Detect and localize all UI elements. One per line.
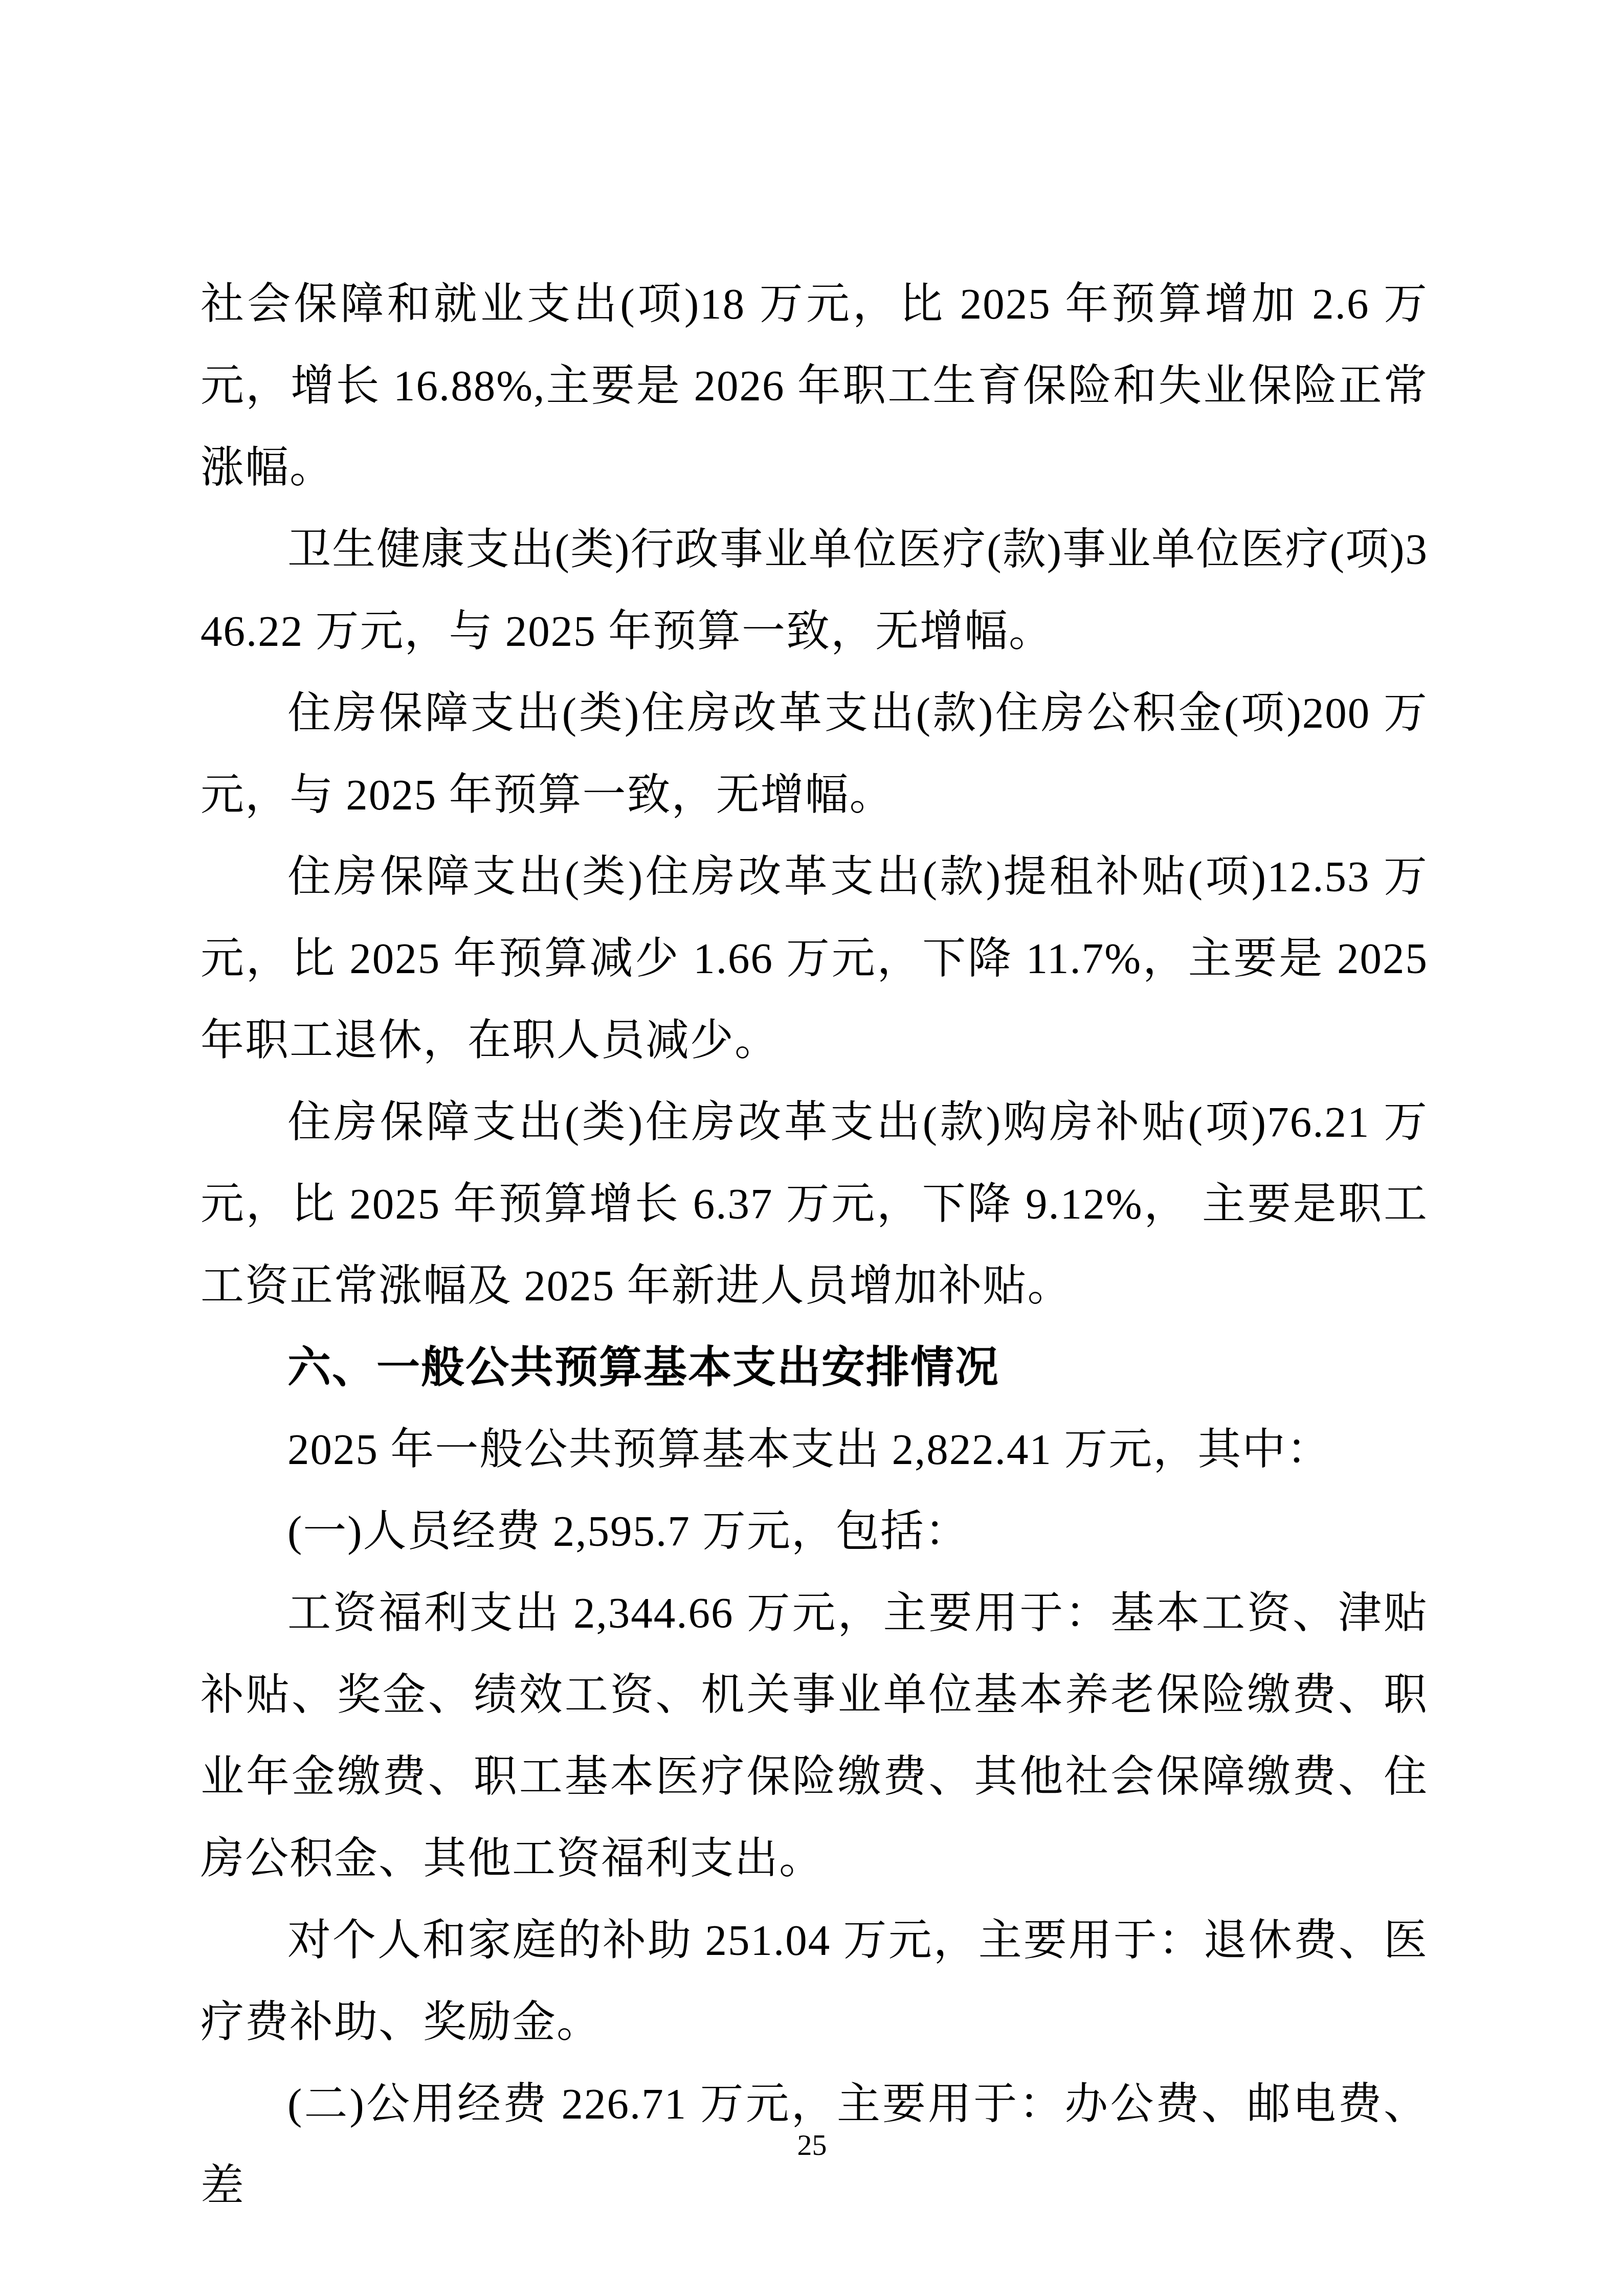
paragraph-housing-provident-fund: 住房保障支出(类)住房改革支出(款)住房公积金(项)200 万元，与 2025 …	[201, 672, 1428, 836]
paragraph-health-expenditure: 卫生健康支出(类)行政事业单位医疗(款)事业单位医疗(项)346.22 万元，与…	[201, 509, 1428, 672]
document-body: 社会保障和就业支出(项)18 万元，比 2025 年预算增加 2.6 万元，增长…	[201, 263, 1428, 2227]
paragraph-personnel-funds: (一)人员经费 2,595.7 万元，包括：	[201, 1491, 1428, 1572]
paragraph-housing-purchase-subsidy: 住房保障支出(类)住房改革支出(款)购房补贴(项)76.21 万元，比 2025…	[201, 1082, 1428, 1327]
paragraph-social-security-employment: 社会保障和就业支出(项)18 万元，比 2025 年预算增加 2.6 万元，增长…	[201, 263, 1428, 509]
paragraph-wage-welfare-expenditure: 工资福利支出 2,344.66 万元，主要用于：基本工资、津贴补贴、奖金、绩效工…	[201, 1572, 1428, 1900]
paragraph-individual-family-subsidy: 对个人和家庭的补助 251.04 万元，主要用于：退休费、医疗费补助、奖励金。	[201, 1900, 1428, 2063]
section-heading-basic-expenditure: 六、一般公共预算基本支出安排情况	[201, 1327, 1428, 1409]
page-number: 25	[0, 2127, 1624, 2163]
document-page: 社会保障和就业支出(项)18 万元，比 2025 年预算增加 2.6 万元，增长…	[0, 0, 1624, 2296]
paragraph-total-basic-expenditure: 2025 年一般公共预算基本支出 2,822.41 万元，其中：	[201, 1409, 1428, 1491]
paragraph-rent-subsidy: 住房保障支出(类)住房改革支出(款)提租补贴(项)12.53 万元，比 2025…	[201, 836, 1428, 1082]
